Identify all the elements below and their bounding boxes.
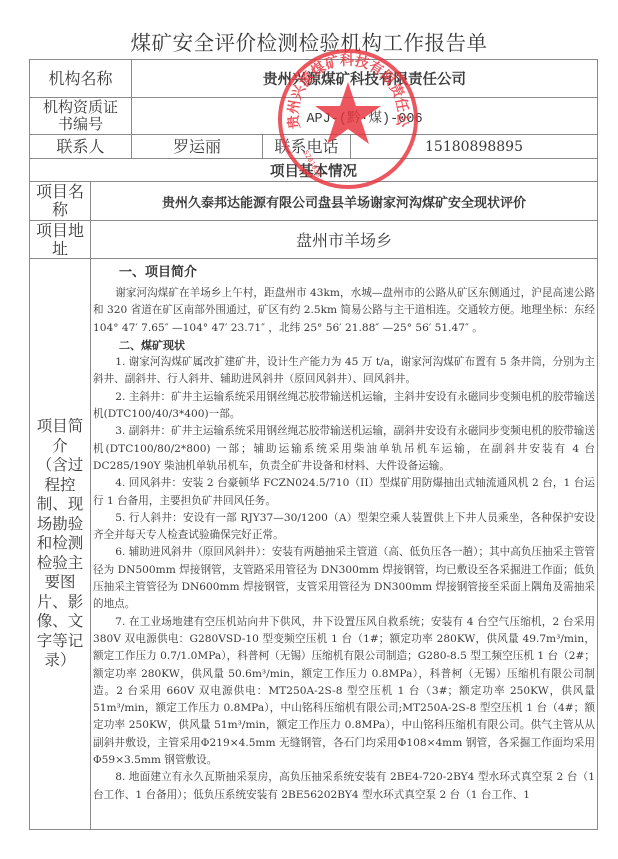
intro-label-line: 场勘验 [36,515,84,535]
project-intro-label: 项目简 介 （含过 程控 制、现 场勘验 和检测 检验主 要图 片、影 像、文 … [30,259,91,830]
intro-label-line: 像、文 [36,612,84,632]
intro-label-line: 检验主 [36,554,84,574]
status-item-4: 4. 回风斜井：安装 2 台豪顿华 FCZN024.5/710（II）型煤矿用防… [93,475,595,510]
row-project-name: 项目名 称 贵州久泰邦达能源有限公司盘县羊场谢家河沟煤矿安全现状评价 [30,182,598,221]
project-name-value: 贵州久泰邦达能源有限公司盘县羊场谢家河沟煤矿安全现状评价 [91,182,598,221]
institution-name-label: 机构名称 [30,60,132,98]
intro-label-line: 程控 [36,476,84,496]
project-address-label-line1: 项目地 [30,222,90,240]
document-title: 煤矿安全评价检测检验机构工作报告单 [0,26,618,56]
intro-label-line: 介 [36,437,84,457]
project-address-label: 项目地 址 [30,221,91,259]
heading-mine-status: 二、煤矿现状 [93,337,595,354]
contact-value: 罗运丽 [132,135,263,159]
intro-label-line: （含过 [36,456,84,476]
phone-value: 15180898895 [351,135,598,159]
certificate-label-line1: 机构资质证 [30,99,131,116]
phone-label: 联系电话 [263,135,351,159]
row-institution-name: 机构名称 贵州兴源煤矿科技有限责任公司 [30,60,598,98]
row-project-address: 项目地 址 盘州市羊场乡 [30,221,598,259]
contact-label: 联系人 [30,135,132,159]
status-item-3: 3. 副斜井：矿井主运输系统采用钢丝绳芯胶带输送机运输，副斜井安设有永磁同步变频… [93,423,595,475]
project-name-label-line2: 称 [30,201,90,219]
institution-name-value: 贵州兴源煤矿科技有限责任公司 [132,60,598,98]
row-contact: 联系人 罗运丽 联系电话 15180898895 [30,135,598,159]
intro-label-line: 片、影 [36,593,84,613]
project-section-title: 项目基本情况 [30,159,598,182]
status-item-6: 6. 辅助进风斜井（原回风斜井）：安装有两趟抽采主管道（高、低负压各一趟）；其中… [93,544,595,613]
intro-label-line: 要图 [36,573,84,593]
certificate-value: APJ-(黔·煤)-006 [132,98,598,135]
certificate-label: 机构资质证 书编号 [30,98,132,135]
row-section-header: 项目基本情况 [30,159,598,182]
project-name-label: 项目名 称 [30,182,91,221]
status-item-7: 7. 在工业场地建有空压机站向井下供风，井下设置压风自救系统；安装有 4 台空气… [93,614,595,770]
project-address-value: 盘州市羊场乡 [91,221,598,259]
certificate-label-line2: 书编号 [30,116,131,133]
row-certificate: 机构资质证 书编号 APJ-(黔·煤)-006 [30,98,598,135]
intro-label-line: 和检测 [36,534,84,554]
status-item-8: 8. 地面建立有永久瓦斯抽采泵房，高负压抽采系统安装有 2BE4-720-2BY… [93,769,595,804]
report-form-table: 机构名称 贵州兴源煤矿科技有限责任公司 机构资质证 书编号 APJ-(黔·煤)-… [29,59,598,830]
intro-label-line: 录） [36,651,84,671]
intro-label-line: 制、现 [36,495,84,515]
row-project-intro: 项目简 介 （含过 程控 制、现 场勘验 和检测 检验主 要图 片、影 像、文 … [30,259,598,830]
project-address-label-line2: 址 [30,240,90,258]
intro-label-line: 项目简 [36,417,84,437]
intro-label-line: 字等记 [36,632,84,652]
project-name-label-line1: 项目名 [30,183,90,201]
paragraph-intro: 谢家河沟煤矿在羊场乡上午村，距盘州市 43km，水城—盘州市的公路从矿区东侧通过… [93,285,595,337]
heading-project-intro: 一、项目简介 [93,261,595,285]
status-item-2: 2. 主斜井：矿井主运输系统采用钢丝绳芯胶带输送机运输，主斜井安设有永磁同步变频… [93,389,595,424]
project-intro-content: 一、项目简介 谢家河沟煤矿在羊场乡上午村，距盘州市 43km，水城—盘州市的公路… [91,259,598,830]
status-item-5: 5. 行人斜井：安设有一部 RJY37—30/1200（A）型架空乘人装置供上下… [93,510,595,545]
status-item-1: 1. 谢家河沟煤矿属改扩建矿井，设计生产能力为 45 万 t/a，谢家河沟煤矿布… [93,354,595,389]
